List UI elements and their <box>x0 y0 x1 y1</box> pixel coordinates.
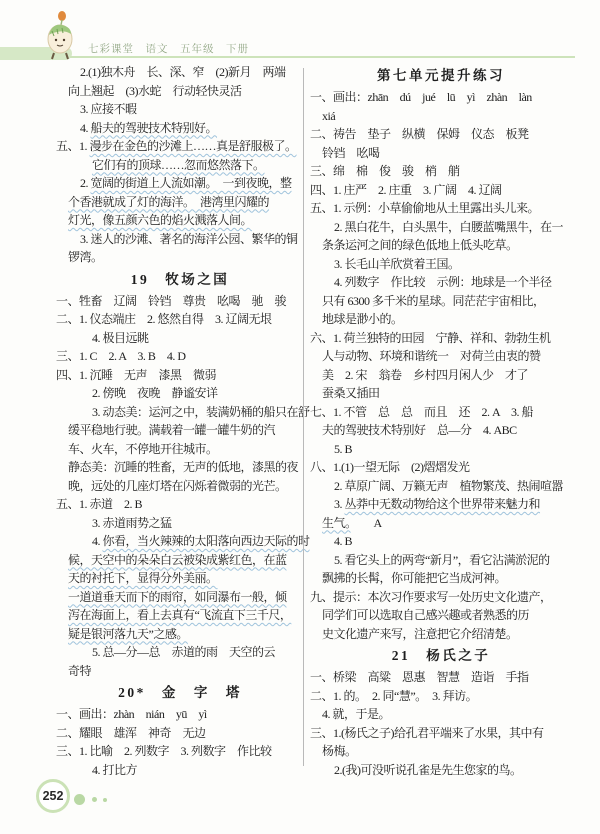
header-rule <box>70 56 575 58</box>
page-number-badge: 252 <box>36 779 70 813</box>
answer-line: 3. 长毛山羊欣赏着王国。 <box>334 255 572 274</box>
answer-line: 二、祷告 垫子 纵横 保姆 仪态 板凳 <box>310 125 572 144</box>
answer-line: 八、1.(1)一望无际 (2)熠熠发光 <box>310 458 572 477</box>
lesson-heading: 第七单元提升练习 <box>310 63 572 88</box>
answer-text: 生气。 <box>322 516 351 530</box>
answer-text: 5. B <box>334 442 352 456</box>
answer-text: 1. 的。 2. 同“慧”。 3. 拜访。 <box>333 689 477 703</box>
answer-line: 二、1. 的。 2. 同“慧”。 3. 拜访。 <box>310 687 572 706</box>
item-marker: 二、 <box>56 312 79 326</box>
answer-text: 船夫的驾驶技术特别好。 <box>91 121 218 135</box>
answer-line: 史文化遗产来写，注意把它介绍清楚。 <box>322 625 572 644</box>
answer-line: 奇特 <box>68 662 304 681</box>
mascot-icon <box>42 9 78 61</box>
answer-text: 杨梅。 <box>322 744 357 758</box>
answer-line: 2.(1)独木舟 长、深、窄 (2)新月 两端 <box>80 63 304 82</box>
page-number: 252 <box>43 789 64 803</box>
answer-line: 候，天空中的朵朵白云被染成紫红色，在蓝 <box>68 551 304 570</box>
answer-line: 条条运河之间的绿色低地上低头吃草。 <box>322 236 572 255</box>
item-marker: 二、 <box>56 726 79 740</box>
item-marker: 4. <box>80 121 91 135</box>
answer-line: 六、1. 荷兰独特的田园 宁静、祥和、勃勃生机 <box>310 329 572 348</box>
answer-line: 二、1. 仪态端庄 2. 悠然自得 3. 辽阔无垠 <box>56 310 304 329</box>
answer-line: 七、1. 不管 总 总 而且 还 2. A 3. 船 <box>310 403 572 422</box>
lesson-heading: 19 牧场之国 <box>56 267 304 292</box>
answer-line: 2. 草原广阔、万籁无声 植物繁茂、热闹喧嚣 <box>334 477 572 496</box>
item-marker: 八、 <box>310 460 333 474</box>
answer-line: xiá <box>322 107 572 126</box>
answer-text: 蚕桑又插田 <box>322 386 380 400</box>
item-marker: 3. <box>80 232 91 246</box>
answer-text: 铃铛 吆喝 <box>322 146 380 160</box>
answer-text: 1. 庄严 2. 庄重 3. 广阔 4. 辽阔 <box>333 183 502 197</box>
answer-line: 它们有的顶球……忽而悠然落下。 <box>92 156 304 175</box>
answer-line: 三、1. 比喻 2. 列数字 3. 列数字 作比较 <box>56 742 304 761</box>
answer-text: 2. 草原广阔、万籁无声 植物繁茂、热闹喧嚣 <box>334 479 563 493</box>
answer-text: 史文化遗产来写，注意把它介绍清楚。 <box>322 627 518 641</box>
answer-line: 蚕桑又插田 <box>322 384 572 403</box>
answer-line: 九、提示：本次习作要求写一处历史文化遗产， <box>310 588 572 607</box>
answer-line: 3. 丛莽中无数动物给这个世界带来魅力和 <box>334 495 572 514</box>
answer-line: 天的衬托下，显得分外美丽。 <box>68 569 304 588</box>
answer-text: 2. 傍晚 夜晚 静谧安详 <box>92 386 218 400</box>
answer-line: 3. 迷人的沙滩、著名的海洋公园、繁华的铜 <box>80 230 304 249</box>
answer-text: 奇特 <box>68 664 91 678</box>
answer-text: 1. 荷兰独特的田园 宁静、祥和、勃勃生机 <box>333 331 551 345</box>
answer-text: 2.(我)可没听说孔雀是先生您家的鸟。 <box>334 763 522 777</box>
answer-text: 车、火车，不停地开往城市。 <box>68 442 218 456</box>
item-marker: 二、 <box>310 127 333 141</box>
answer-line: 2. 宽阔的街道上人流如潮。 一到夜晚，整 <box>80 174 304 193</box>
answer-text: 宽阔的街道上人流如潮。 一到夜晚，整 <box>91 176 292 190</box>
item-marker: 三、 <box>310 726 333 740</box>
answer-text: 候，天空中的朵朵白云被染成紫红色，在蓝 <box>68 553 287 567</box>
answer-text: 天的衬托下，显得分外美丽。 <box>68 571 218 585</box>
answer-text: 3. 赤道雨势之猛 <box>92 516 172 530</box>
item-marker: 七、 <box>310 405 333 419</box>
answer-line: 五、1. 赤道 2. B <box>56 495 304 514</box>
answer-text: 它们有的顶球……忽而悠然落下。 <box>92 158 265 172</box>
answer-text: 一道道垂天而下的雨帘，如同瀑布一般，倾 <box>68 590 287 604</box>
answer-text: 泻在海面上，看上去真有“飞流直下三千尺， <box>68 608 291 622</box>
answer-text: 1. 不管 总 总 而且 还 2. A 3. 船 <box>333 405 533 419</box>
answer-line: 一、画出：zhān dú jué lū yì zhàn làn <box>310 88 572 107</box>
item-marker: 二、 <box>310 689 333 703</box>
answer-text: 丛莽中无数动物给这个世界带来魅力和 <box>345 497 541 511</box>
item-marker: 四、 <box>56 368 79 382</box>
answer-line: 5. 看它头上的两弯“新月”，看它沾满淤泥的 <box>334 551 572 570</box>
footer-dot <box>103 798 107 802</box>
answer-text: 人与动物、环境和谐统一 对荷兰由衷的赞 <box>322 349 541 363</box>
answer-text: 飘拂的长髯，你可能把它当成河神。 <box>322 571 506 585</box>
answer-line: 五、1. 示例：小草偷偷地从土里露出头儿来。 <box>310 199 572 218</box>
answer-line: 夫的驾驶技术特别好 总—分 4. ABC <box>322 421 572 440</box>
item-marker: 三、 <box>56 349 79 363</box>
answer-line: 只有 6300 多千米的星球。同茫茫宇宙相比， <box>322 292 572 311</box>
answer-line: 铃铛 吆喝 <box>322 144 572 163</box>
answer-line: 3. 应接不暇 <box>80 100 304 119</box>
item-marker: 三、 <box>310 164 333 178</box>
answer-line: 美 2. 宋 翁卷 乡村四月闲人少 才了 <box>322 366 572 385</box>
answer-text: 3. 长毛山羊欣赏着王国。 <box>334 257 460 271</box>
item-marker: 3. <box>334 497 345 511</box>
answer-line: 4. 船夫的驾驶技术特别好。 <box>80 119 304 138</box>
item-marker: 4. <box>92 534 103 548</box>
brand-text: 七彩课堂 语文 五年级 下册 <box>88 41 249 56</box>
item-marker: 2. <box>80 176 91 190</box>
answer-text: 漫步在金色的沙滩上……真是舒服极了。 <box>90 139 297 153</box>
answer-line: 车、火车，不停地开往城市。 <box>68 440 304 459</box>
item-marker: 三、 <box>56 744 79 758</box>
answer-text: 1. 赤道 2. B <box>79 497 142 511</box>
answer-line: 三、1. C 2. A 3. B 4. D <box>56 347 304 366</box>
answer-suffix: A <box>351 516 382 530</box>
answer-line: 五、1. 漫步在金色的沙滩上……真是舒服极了。 <box>56 137 304 156</box>
answer-line: 疑是银河落九天”之感。 <box>68 625 304 644</box>
answer-text: 疑是银河落九天”之感。 <box>68 627 188 641</box>
answer-text: 晚，远处的几座灯塔在闪烁着微弱的光芒。 <box>68 479 287 493</box>
answer-text: 静态美：沉睡的牲畜，无声的低地，漆黑的夜 <box>68 460 298 474</box>
answer-line: 5. B <box>334 440 572 459</box>
answer-line: 3. 赤道雨势之猛 <box>92 514 304 533</box>
answer-text: 只有 6300 多千米的星球。同茫茫宇宙相比， <box>322 294 545 308</box>
answer-line: 4. 极目远眺 <box>92 329 304 348</box>
lesson-heading: 21 杨氏之子 <box>310 643 572 668</box>
answer-line: 泻在海面上，看上去真有“飞流直下三千尺， <box>68 606 304 625</box>
answer-text: 1. 比喻 2. 列数字 3. 列数字 作比较 <box>79 744 272 758</box>
answer-text: 耀眼 雄浑 神奇 无边 <box>79 726 206 740</box>
answer-text: 你看，当火辣辣的太阳落向西边天际的时 <box>103 534 310 548</box>
answer-text: 4. B <box>334 534 352 548</box>
answer-text: 5. 看它头上的两弯“新月”，看它沾满淤泥的 <box>334 553 550 567</box>
item-marker: 一、 <box>310 670 333 684</box>
answer-text: 2. 黑白花牛，白头黑牛，白腰蓝嘴黑牛，在一 <box>334 220 563 234</box>
item-marker: 九、 <box>310 590 333 604</box>
answer-text: 桥梁 高粱 恩惠 智慧 造诣 手指 <box>333 670 529 684</box>
answer-line: 2. 傍晚 夜晚 静谧安详 <box>92 384 304 403</box>
answer-line: 地球是渺小的。 <box>322 310 572 329</box>
answer-text: 绵 棉 俊 骏 梢 艄 <box>333 164 460 178</box>
answer-text: 4. 极目远眺 <box>92 331 149 345</box>
left-column: 2.(1)独木舟 长、深、窄 (2)新月 两端向上翘起 (3)水蛇 行动轻快灵活… <box>56 63 304 779</box>
item-marker: 五、 <box>56 497 79 511</box>
lesson-heading: 20* 金 字 塔 <box>56 680 304 705</box>
answer-line: 飘拂的长髯，你可能把它当成河神。 <box>322 569 572 588</box>
answer-text: 条条运河之间的绿色低地上低头吃草。 <box>322 238 518 252</box>
answer-text: 画出：zhàn nián yū yì <box>79 707 207 721</box>
answer-text: 1. 示例：小草偷偷地从土里露出头儿来。 <box>333 201 539 215</box>
answer-line: 杨梅。 <box>322 742 572 761</box>
right-column: 第七单元提升练习一、画出：zhān dú jué lū yì zhàn lànx… <box>310 63 572 779</box>
answer-line: 4. B <box>334 532 572 551</box>
answer-line: 三、1.(杨氏之子)给孔君平端来了水果，其中有 <box>310 724 572 743</box>
answer-line: 2. 黑白花牛，白头黑牛，白腰蓝嘴黑牛，在一 <box>334 218 572 237</box>
answer-text: 迷人的沙滩、著名的海洋公园、繁华的铜 <box>91 232 298 246</box>
answer-text: 缓平稳地行驶。满载着一罐一罐牛奶的汽 <box>68 423 275 437</box>
answer-text: 地球是渺小的。 <box>322 312 403 326</box>
item-marker: 一、 <box>56 707 79 721</box>
answer-line: 四、1. 沉睡 无声 漆黑 微弱 <box>56 366 304 385</box>
answer-text: 2.(1)独木舟 长、深、窄 (2)新月 两端 <box>80 65 286 79</box>
answer-text: 3. 应接不暇 <box>80 102 137 116</box>
answer-line: 4. 就，于是。 <box>322 705 572 724</box>
answer-line: 生气。 A <box>322 514 572 533</box>
answer-line: 缓平稳地行驶。满载着一罐一罐牛奶的汽 <box>68 421 304 440</box>
item-marker: 六、 <box>310 331 333 345</box>
answer-line: 一、桥梁 高粱 恩惠 智慧 造诣 手指 <box>310 668 572 687</box>
answer-text: 1. 沉睡 无声 漆黑 微弱 <box>79 368 216 382</box>
answer-text: 祷告 垫子 纵横 保姆 仪态 板凳 <box>333 127 529 141</box>
answer-text: 向上翘起 (3)水蛇 行动轻快灵活 <box>68 84 242 98</box>
answer-line: 晚，远处的几座灯塔在闪烁着微弱的光芒。 <box>68 477 304 496</box>
answer-text: xiá <box>322 109 335 123</box>
answer-line: 一、牲畜 辽阔 铃铛 尊贵 吆喝 驰 骏 <box>56 292 304 311</box>
answer-line: 4. 打比方 <box>92 761 304 780</box>
answer-text: 4. 列数字 作比较 示例：地球是一个半径 <box>334 275 552 289</box>
answer-line: 一道道垂天而下的雨帘，如同瀑布一般，倾 <box>68 588 304 607</box>
answer-text: 同学们可以选取自己感兴趣或者熟悉的历 <box>322 608 529 622</box>
answer-text: 3. 动态美：运河之中，装满奶桶的船只在舒 <box>92 405 310 419</box>
answer-line: 同学们可以选取自己感兴趣或者熟悉的历 <box>322 606 572 625</box>
answer-line: 灯光，像五颜六色的焰火溅落人间。 <box>68 211 304 230</box>
answer-line: 3. 动态美：运河之中，装满奶桶的船只在舒 <box>92 403 304 422</box>
footer-dot <box>74 794 85 805</box>
answer-text: 4. 就，于是。 <box>322 707 390 721</box>
answer-text: 4. 打比方 <box>92 763 137 777</box>
answer-text: 牲畜 辽阔 铃铛 尊贵 吆喝 驰 骏 <box>79 294 286 308</box>
answer-line: 向上翘起 (3)水蛇 行动轻快灵活 <box>68 82 304 101</box>
answer-text: 1.(1)一望无际 (2)熠熠发光 <box>333 460 470 474</box>
answer-text: 画出：zhān dú jué lū yì zhàn làn <box>333 90 532 104</box>
answer-line: 一、画出：zhàn nián yū yì <box>56 705 304 724</box>
item-marker: 四、 <box>310 183 333 197</box>
answer-line: 2.(我)可没听说孔雀是先生您家的鸟。 <box>334 761 572 780</box>
answer-text: 美 2. 宋 翁卷 乡村四月闲人少 才了 <box>322 368 528 382</box>
item-marker: 一、 <box>56 294 79 308</box>
item-marker: 五、 <box>310 201 333 215</box>
answer-line: 锣湾。 <box>68 248 304 267</box>
answer-text: 锣湾。 <box>68 250 103 264</box>
item-marker: 五、1. <box>56 139 90 153</box>
answer-line: 5. 总—分—总 赤道的雨 天空的云 <box>92 643 304 662</box>
answer-line: 4. 列数字 作比较 示例：地球是一个半径 <box>334 273 572 292</box>
answer-text: 提示：本次习作要求写一处历史文化遗产， <box>333 590 552 604</box>
answer-line: 个香港就成了灯的海洋。 港湾里闪耀的 <box>68 193 304 212</box>
footer-dot <box>92 797 97 802</box>
answer-line: 三、绵 棉 俊 骏 梢 艄 <box>310 162 572 181</box>
answer-text: 夫的驾驶技术特别好 总—分 4. ABC <box>322 423 517 437</box>
answer-line: 人与动物、环境和谐统一 对荷兰由衷的赞 <box>322 347 572 366</box>
answer-line: 二、耀眼 雄浑 神奇 无边 <box>56 724 304 743</box>
answer-text: 灯光，像五颜六色的焰火溅落人间。 <box>68 213 252 227</box>
answer-text: 个香港就成了灯的海洋。 港湾里闪耀的 <box>68 195 269 209</box>
answer-text: 5. 总—分—总 赤道的雨 天空的云 <box>92 645 275 659</box>
answer-line: 静态美：沉睡的牲畜，无声的低地，漆黑的夜 <box>68 458 304 477</box>
answer-text: 1. 仪态端庄 2. 悠然自得 3. 辽阔无垠 <box>79 312 272 326</box>
answer-text: 1. C 2. A 3. B 4. D <box>79 349 186 363</box>
item-marker: 一、 <box>310 90 333 104</box>
answer-text: 1.(杨氏之子)给孔君平端来了水果，其中有 <box>333 726 544 740</box>
answer-line: 4. 你看，当火辣辣的太阳落向西边天际的时 <box>92 532 304 551</box>
column-divider <box>303 68 304 766</box>
answer-line: 四、1. 庄严 2. 庄重 3. 广阔 4. 辽阔 <box>310 181 572 200</box>
